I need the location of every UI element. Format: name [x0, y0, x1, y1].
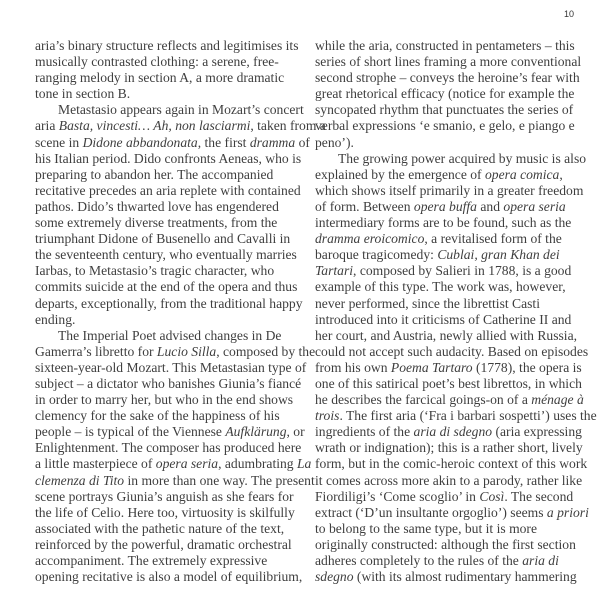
text-run: , composed by the: [216, 344, 315, 359]
text-run: explained by the emergence of: [315, 167, 485, 182]
text-line: syncopated rhythm that punctuates the se…: [315, 102, 579, 118]
text-run: he describes the farcical goings-on of a: [315, 392, 531, 407]
text-line: scene in Didone abbandonata, the first d…: [35, 135, 299, 151]
text-run: Fiordiligi’s ‘Come scoglio’ in: [315, 489, 479, 504]
text-line: the seventeenth century, who eventually …: [35, 247, 299, 263]
italic-text: opera buffa: [414, 199, 477, 214]
italic-text: Tartari: [315, 263, 353, 278]
text-line: departs, exceptionally, from the traditi…: [35, 296, 299, 312]
text-line: commits suicide at the end of the opera …: [35, 279, 299, 295]
text-run: (aria expressing: [492, 424, 582, 439]
text-line: Fiordiligi’s ‘Come scoglio’ in Così. The…: [315, 489, 579, 505]
text-line: accompaniment. The extremely expressive: [35, 553, 299, 569]
italic-text: dramma eroicomico: [315, 231, 424, 246]
italic-text: sdegno: [315, 569, 354, 584]
text-run: ingredients of the: [315, 424, 414, 439]
italic-text: Poema Tartaro: [391, 360, 473, 375]
text-run: Gamerra’s libretto for: [35, 344, 157, 359]
text-line: intermediary forms are to be found, such…: [315, 215, 579, 231]
text-run: (1778), the opera is: [473, 360, 582, 375]
text-line: introduced into it criticisms of Catheri…: [315, 312, 579, 328]
text-line: from his own Poema Tartaro (1778), the o…: [315, 360, 579, 376]
text-line: it comes across more akin to a parody, r…: [315, 473, 579, 489]
text-run: of form. Between: [315, 199, 414, 214]
text-line: reinforced by the powerful, dramatic orc…: [35, 537, 299, 553]
right-text-column: while the aria, constructed in pentamete…: [315, 38, 579, 585]
text-line: ranging melody in section A, a more dram…: [35, 70, 299, 86]
italic-text: opera seria: [156, 456, 218, 471]
italic-text: dramma: [250, 135, 295, 150]
text-line: dramma eroicomico, a revitalised form of…: [315, 231, 579, 247]
text-run: , adumbrating: [218, 456, 297, 471]
text-line: Metastasio appears again in Mozart’s con…: [35, 102, 299, 118]
text-line: Enlightenment. The composer has produced…: [35, 440, 299, 456]
text-line: Iarbas, to Metastasio’s tragic character…: [35, 263, 299, 279]
text-line: ending.: [35, 312, 299, 328]
text-line: recitative precedes an aria replete with…: [35, 183, 299, 199]
text-line: trois. The first aria (‘Fra i barbari so…: [315, 408, 579, 424]
italic-text: Cublai, gran Khan dei: [437, 247, 559, 262]
text-line: preparing to abandon her. The accompanie…: [35, 167, 299, 183]
italic-text: ménage à: [531, 392, 583, 407]
text-line: could not accept such audacity. Based on…: [315, 344, 579, 360]
text-line: her court, and Austria, newly allied wit…: [315, 328, 579, 344]
text-line: aria Basta, vincesti… Ah, non lasciarmi,…: [35, 118, 299, 134]
text-run: (with its almost rudimentary hammering: [354, 569, 577, 584]
text-line: some extremely diverse treatments, from …: [35, 215, 299, 231]
text-line: baroque tragicomedy: Cublai, gran Khan d…: [315, 247, 579, 263]
text-line: of form. Between opera buffa and opera s…: [315, 199, 579, 215]
text-run: , or: [287, 424, 305, 439]
italic-text: a priori: [547, 505, 589, 520]
text-run: people – is typical of the Viennese: [35, 424, 225, 439]
text-line: Gamerra’s libretto for Lucio Silla, comp…: [35, 344, 299, 360]
italic-text: Aufklärung: [225, 424, 286, 439]
text-line: never performed, since the librettist Ca…: [315, 296, 579, 312]
text-run: , composed by Salieri in 1788, is a good: [353, 263, 571, 278]
italic-text: Lucio Silla: [157, 344, 216, 359]
text-line: tone in section B.: [35, 86, 299, 102]
page-number: 10: [564, 9, 574, 19]
text-line: in order to marry her, but who in the en…: [35, 392, 299, 408]
text-line: verbal expressions ‘e smanio, e gelo, e …: [315, 118, 579, 134]
text-line: form, but in the comic-heroic context of…: [315, 456, 579, 472]
italic-text: opera comica: [485, 167, 559, 182]
text-line: a little masterpiece of opera seria, adu…: [35, 456, 299, 472]
text-run: , the first: [198, 135, 250, 150]
text-line: his Italian period. Dido confronts Aenea…: [35, 151, 299, 167]
text-line: to belong to the same type, but it is mo…: [315, 521, 579, 537]
text-line: second strophe – conveys the heroine’s f…: [315, 70, 579, 86]
italic-text: La: [297, 456, 311, 471]
text-line: extract (‘D’un insultante orgoglio’) see…: [315, 505, 579, 521]
text-line: adheres completely to the rules of the a…: [315, 553, 579, 569]
text-line: Tartari, composed by Salieri in 1788, is…: [315, 263, 579, 279]
text-line: ingredients of the aria di sdegno (aria …: [315, 424, 579, 440]
text-line: while the aria, constructed in pentamete…: [315, 38, 579, 54]
text-run: baroque tragicomedy:: [315, 247, 437, 262]
text-line: example of this type. The work was, howe…: [315, 279, 579, 295]
text-line: one of this satirical poet’s best libret…: [315, 376, 579, 392]
text-line: peno’).: [315, 135, 579, 151]
italic-text: aria di sdegno: [414, 424, 493, 439]
text-line: great rhetorical efficacy (notice for ex…: [315, 86, 579, 102]
text-line: The growing power acquired by music is a…: [315, 151, 579, 167]
text-line: scene portrays Giunia’s anguish as she f…: [35, 489, 299, 505]
italic-text: aria di: [522, 553, 559, 568]
text-line: explained by the emergence of opera comi…: [315, 167, 579, 183]
text-run: extract (‘D’un insultante orgoglio’) see…: [315, 505, 547, 520]
text-line: musically contrasted clothing: a serene,…: [35, 54, 299, 70]
italic-text: Così: [479, 489, 504, 504]
text-run: aria: [35, 118, 59, 133]
text-run: in more than one way. The present: [124, 473, 315, 488]
text-line: series of short lines framing a more con…: [315, 54, 579, 70]
text-line: opening recitative is also a model of eq…: [35, 569, 299, 585]
text-line: subject – a dictator who banishes Giunia…: [35, 376, 299, 392]
text-line: The Imperial Poet advised changes in De: [35, 328, 299, 344]
text-run: from his own: [315, 360, 391, 375]
text-line: triumphant Didone of Busenello and Caval…: [35, 231, 299, 247]
text-run: . The first aria (‘Fra i barbari sospett…: [339, 408, 596, 423]
text-line: associated with the pathetic nature of t…: [35, 521, 299, 537]
text-run: a little masterpiece of: [35, 456, 156, 471]
text-run: scene in: [35, 135, 83, 150]
italic-text: Didone abbandonata: [83, 135, 198, 150]
text-run: . The second: [504, 489, 573, 504]
text-line: sdegno (with its almost rudimentary hamm…: [315, 569, 579, 585]
left-text-column: aria’s binary structure reflects and leg…: [35, 38, 299, 585]
italic-text: Basta, vincesti… Ah, non lasciarmi: [59, 118, 251, 133]
italic-text: opera seria: [503, 199, 565, 214]
text-line: pathos. Dido’s thwarted love has engende…: [35, 199, 299, 215]
text-line: sixteen-year-old Mozart. This Metastasia…: [35, 360, 299, 376]
text-line: aria’s binary structure reflects and leg…: [35, 38, 299, 54]
text-line: originally constructed: although the fir…: [315, 537, 579, 553]
text-line: he describes the farcical goings-on of a…: [315, 392, 579, 408]
text-run: of: [295, 135, 310, 150]
text-line: people – is typical of the Viennese Aufk…: [35, 424, 299, 440]
text-run: adheres completely to the rules of the: [315, 553, 522, 568]
italic-text: clemenza di Tito: [35, 473, 124, 488]
text-line: wrath or indignation); this is a rather …: [315, 440, 579, 456]
text-run: and: [477, 199, 503, 214]
text-line: the life of Celio. Here too, virtuosity …: [35, 505, 299, 521]
text-run: ,: [559, 167, 562, 182]
text-line: clemency for the sake of the happiness o…: [35, 408, 299, 424]
text-run: , a revitalised form of the: [424, 231, 561, 246]
italic-text: trois: [315, 408, 339, 423]
text-line: clemenza di Tito in more than one way. T…: [35, 473, 299, 489]
text-line: which shows itself primarily in a greate…: [315, 183, 579, 199]
